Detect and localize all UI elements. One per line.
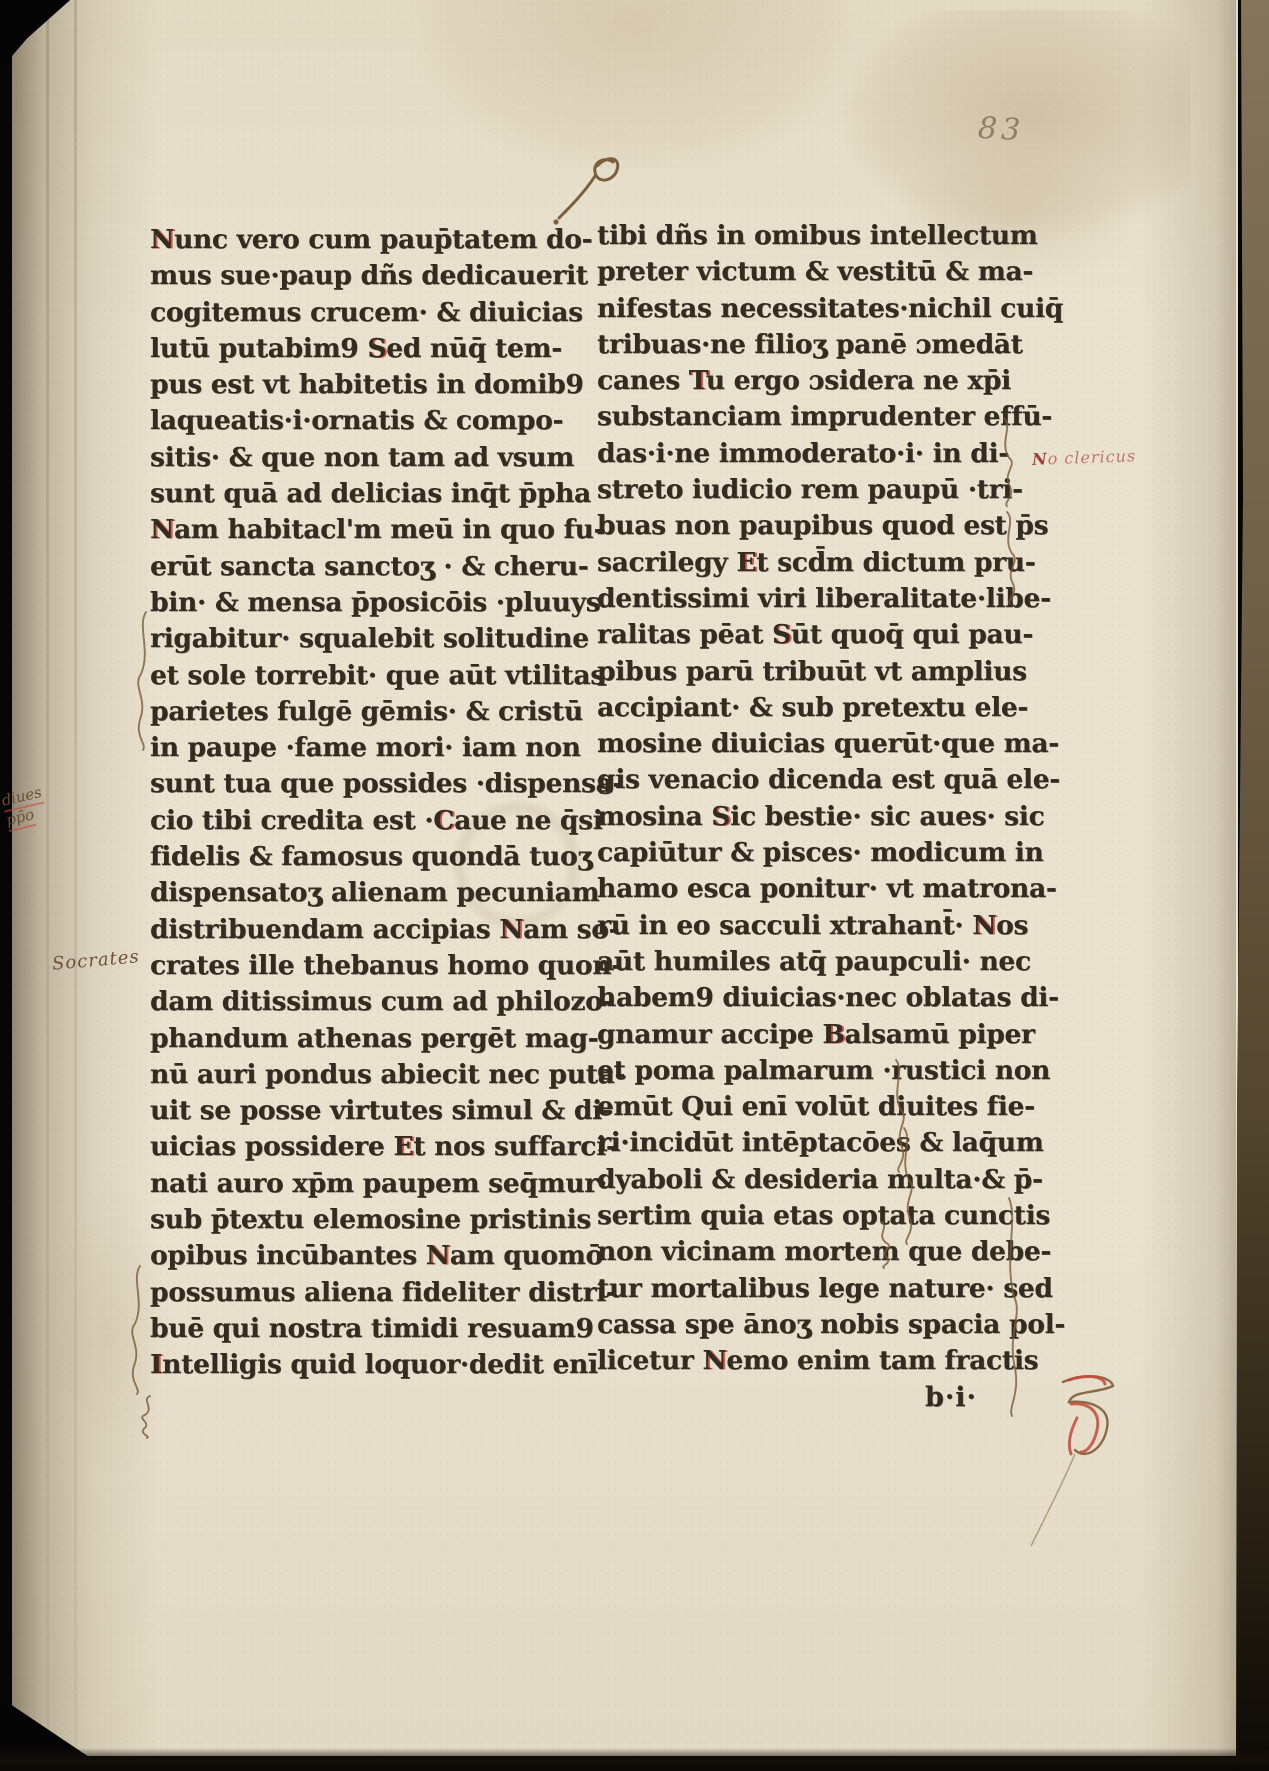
gutter-crease [46,0,49,1756]
text-line: pus est vt habitetis in domib9 [150,367,586,403]
text-line: sub p̄textu elemosine pristinis [150,1202,586,1238]
text-line: opibus incūbantes Nam quomō [150,1238,586,1274]
text-line: pibus parū tribuūt vt amplius [597,654,1033,690]
text-line: bin· & mensa p̄posicōis ·pluuys [150,585,586,621]
text-line: sertim quia etas optata cunctis [597,1198,1033,1234]
text-line: emūt Qui enī volūt diuites fie- [597,1089,1033,1125]
text-line: Nunc vero cum paup̄tatem do- [150,222,586,258]
folio-number: 83 [977,111,1025,148]
text-line: et sole torrebit· que aūt vtilitas [150,658,586,694]
text-line: et poma palmarum ·rustici non [597,1053,1033,1089]
book-fore-edge [1236,0,1269,1771]
text-line: uicias possidere Et nos suffarci- [150,1129,586,1165]
text-line: laqueatis·i·ornatis & compo- [150,403,586,439]
text-line: mosina Sic bestie· sic aues· sic [597,799,1033,835]
margin-note-red: No clericus [1032,446,1137,469]
page-edge-shade [1140,0,1236,1756]
text-line: buē qui nostra timidi resuam9 [150,1311,586,1347]
text-line: Nam habitacl'm meū in quo fu- [150,512,586,548]
text-line: mus sue·paup dñs dedicauerit [150,258,586,294]
text-line: cogitemus crucem· & diuicias [150,295,586,331]
text-line: tur mortalibus lege nature· sed [597,1271,1033,1307]
text-line: fidelis & famosus quondā tuoʒ [150,839,586,875]
text-line: nū auri pondus abiecit nec puta- [150,1057,586,1093]
text-line: gnamur accipe Balsamū piper [597,1017,1033,1053]
quire-signature: b·i· [925,1382,977,1413]
text-line: phandum athenas pergēt mag- [150,1021,586,1057]
text-line: Intelligis quid loquor·dedit enī [150,1347,586,1383]
text-line: rū in eo sacculi xtrahant̄· Nos [597,908,1033,944]
text-line: das·i·ne immoderato·i· in di- [597,436,1033,472]
text-line: streto iudicio rem paupū ·tri- [597,472,1033,508]
text-line: mosine diuicias querūt·que ma- [597,726,1033,762]
text-line: possumus aliena fideliter distri- [150,1275,586,1311]
text-line: preter victum & vestitū & ma- [597,254,1033,290]
text-line: parietes fulgē gēmis· & cristū [150,694,586,730]
text-line: distribuendam accipias Nam so- [150,912,586,948]
text-line: ri·incidūt intēptacōes & laq̄um [597,1125,1033,1161]
binding-edge [0,0,12,1771]
text-line: nifestas necessitates·nichil cuiq̄ [597,291,1033,327]
text-column-right: tibi dñs in omibus intellectumpreter vic… [597,218,1033,1380]
gutter-crease [74,0,77,1756]
binding-gutter-shadow [10,0,160,1756]
text-line: dyaboli & desideria multa·& p̄- [597,1162,1033,1198]
manuscript-scan: 83 Nunc vero cum paup̄tatem do-mus sue·p… [0,0,1269,1771]
text-line: rigabitur· squalebit solitudine [150,621,586,657]
text-line: sunt quā ad delicias inq̄t p̄pha [150,476,586,512]
text-line: uit se posse virtutes simul & di- [150,1093,586,1129]
text-line: dam ditissimus cum ad philozo- [150,984,586,1020]
text-line: accipiant· & sub pretextu ele- [597,690,1033,726]
text-line: dispensatoʒ alienam pecuniam [150,875,586,911]
text-line: lutū putabim9 Sed nūq̄ tem- [150,331,586,367]
text-line: cio tibi credita est ·Caue ne q̄si [150,803,586,839]
text-line: hamo esca ponitur· vt matrona- [597,871,1033,907]
text-line: habem9 diuicias·nec oblatas di- [597,980,1033,1016]
text-line: aūt humiles atq̄ paupculi· nec [597,944,1033,980]
text-column-left: Nunc vero cum paup̄tatem do-mus sue·paup… [150,222,586,1384]
text-line: nati auro xp̄m paupem seq̄mur· [150,1166,586,1202]
text-line: tribuas·ne filioʒ panē ɔmedāt [597,327,1033,363]
page-bottom-shadow [0,1748,1269,1771]
text-line: sitis· & que non tam ad vsum [150,440,586,476]
text-line: sacrilegy Et scd̄m dictum pru- [597,545,1033,581]
text-line: sunt tua que possides ·dispensa- [150,766,586,802]
text-line: buas non paupibus quod est p̄s [597,508,1033,544]
text-line: capiūtur & pisces· modicum in [597,835,1033,871]
text-line: cassa spe ānoʒ nobis spacia pol- [597,1307,1033,1343]
text-line: non vicinam mortem que debe- [597,1234,1033,1270]
text-line: substanciam imprudenter effū- [597,399,1033,435]
text-line: canes Tu ergo ɔsidera ne xp̄i [597,363,1033,399]
text-line: erūt sancta sanctoʒ · & cheru- [150,549,586,585]
text-line: gis venacio dicenda est quā ele- [597,762,1033,798]
text-line: dentissimi viri liberalitate·libe- [597,581,1033,617]
text-line: tibi dñs in omibus intellectum [597,218,1033,254]
text-line: licetur Nemo enim tam fractis [597,1343,1033,1379]
text-line: in paupe ·fame mori· iam non [150,730,586,766]
text-line: ralitas pēat Sūt quoq̄ qui pau- [597,617,1033,653]
text-line: crates ille thebanus homo quon- [150,948,586,984]
